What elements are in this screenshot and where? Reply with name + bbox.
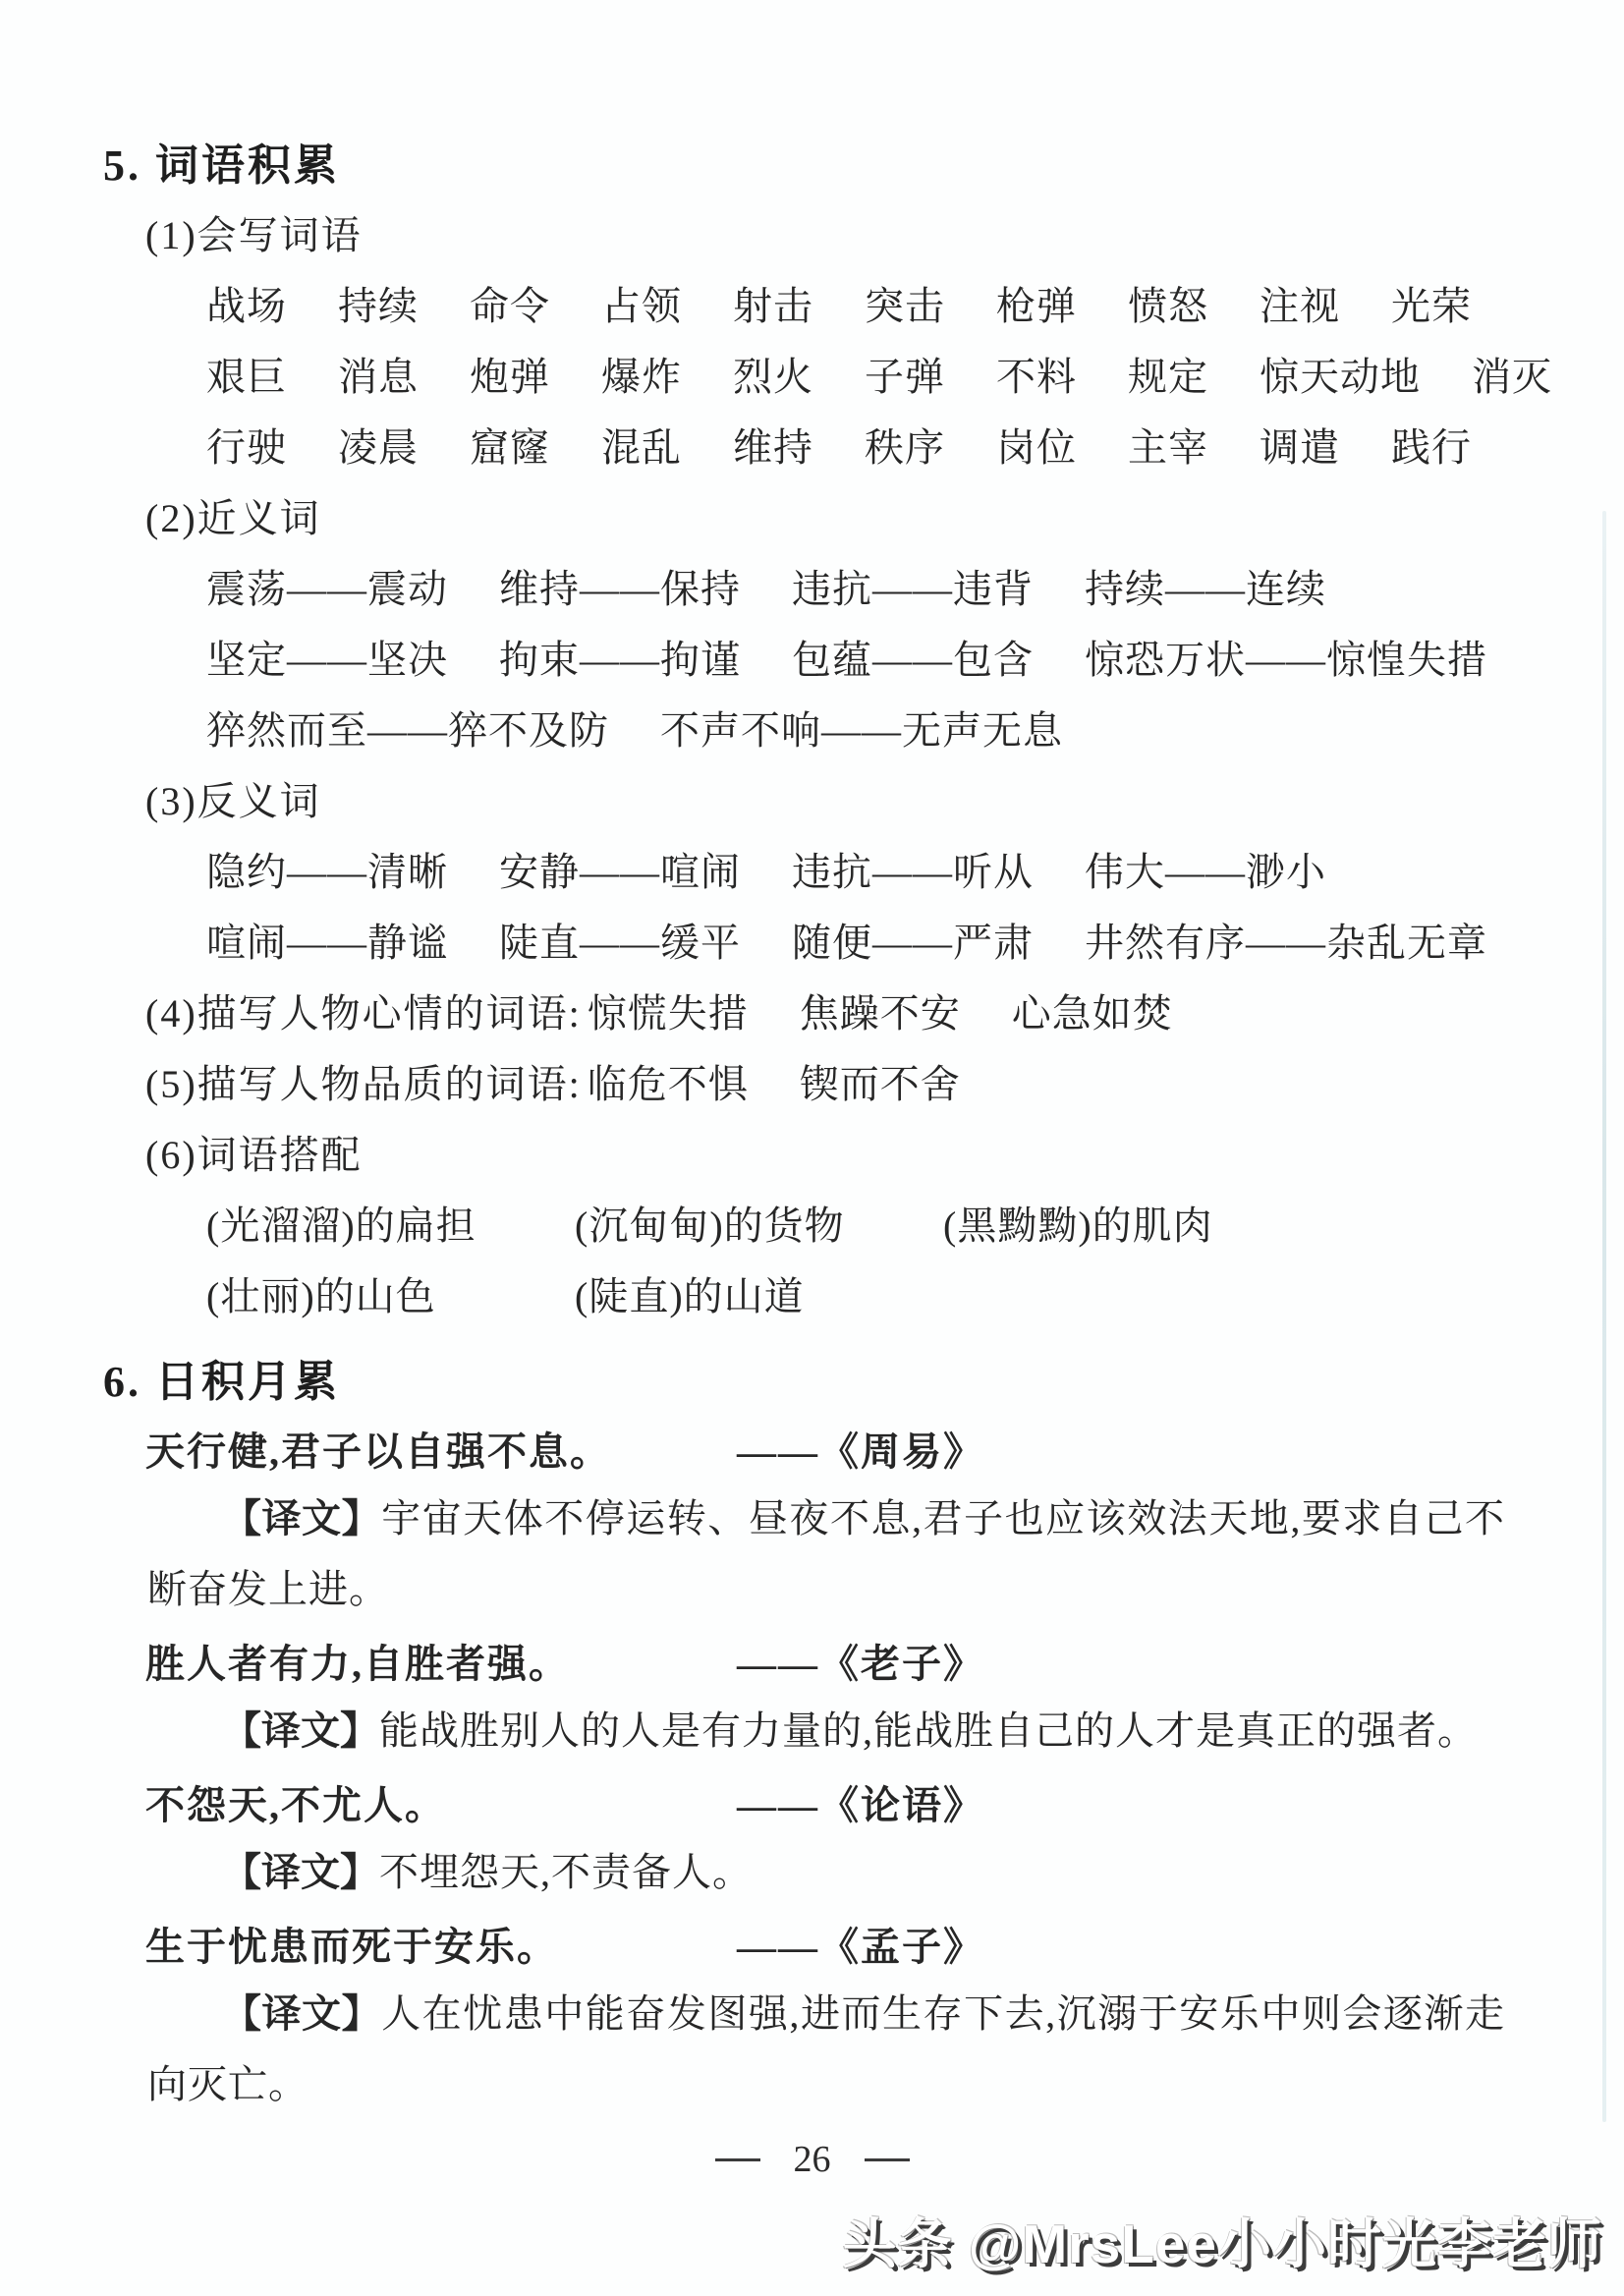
quality-words-label: (5)描写人物品质的词语: [145,1053,582,1109]
subsection-label-collocations: (6)词语搭配 [0,1116,1624,1187]
quality-words-list: 临危不惧 锲而不舍 [588,1053,961,1109]
antonym-row-1: 隐约——清晰 安静——喧闹 违抗——听从 伟大——渺小 [0,833,1624,904]
page-number: 26 [794,2138,831,2181]
quote-source: ——《孟子》 [737,1908,984,1979]
collocation-item: (壮丽)的山色 [206,1265,575,1321]
translation-paragraph-zhouyi: 【译文】宇宙天体不停运转、昼夜不息,君子也应该效法天地,要求自己不断奋发上进。 [147,1484,1505,1625]
collocation-item: (陡直)的山道 [575,1265,805,1321]
quote-text: 天行健,君子以自强不息。 [145,1421,611,1477]
quote-text: 生于忧患而死于安乐。 [145,1916,558,1972]
quote-line-mengzi: 生于忧患而死于安乐。 ——《孟子》 [0,1908,1624,1979]
synonym-row-1: 震荡——震动 维持——保持 违抗——违背 持续——连续 [0,550,1624,621]
word-row-2: 艰巨 消息 炮弹 爆炸 烈火 子弹 不料 规定 惊天动地 消灭 [0,338,1624,409]
antonym-row-2: 喧闹——静谧 陡直——缓平 随便——严肃 井然有序——杂乱无章 [0,904,1624,975]
page-number-dash-left [715,2158,760,2161]
translation-label: 【译文】 [222,1497,381,1540]
watermark: 头条 @MrsLee小小时光李老师 [843,2201,1603,2278]
subsection-label-antonyms: (3)反义词 [0,762,1624,833]
quote-line-laozi: 胜人者有力,自胜者强。 ——《老子》 [0,1625,1624,1696]
translation-label: 【译文】 [222,1709,379,1753]
translation-label: 【译文】 [222,1851,379,1894]
quote-text: 胜人者有力,自胜者强。 [145,1633,570,1689]
translation-paragraph-lunyu: 【译文】不埋怨天,不责备人。 [147,1837,1505,1908]
scanned-textbook-page: { "page": { "number": "26", "watermark":… [0,0,1624,2296]
collocation-item: (沉甸甸)的货物 [575,1195,943,1251]
quote-source: ——《论语》 [737,1766,984,1837]
quote-line-zhouyi: 天行健,君子以自强不息。 ——《周易》 [0,1413,1624,1484]
collocation-item: (黑黝黝)的肌肉 [943,1195,1213,1251]
collocation-row-1: (光溜溜)的扁担 (沉甸甸)的货物 (黑黝黝)的肌肉 [0,1187,1624,1258]
translation-label: 【译文】 [222,1992,381,2036]
page-number-dash-right [865,2158,910,2161]
quote-source: ——《周易》 [737,1413,984,1484]
translation-text: 不埋怨天,不责备人。 [379,1850,753,1894]
mood-words-list: 惊慌失措 焦躁不安 心急如焚 [588,982,1173,1038]
section-6-heading: 6. 日积月累 [0,1342,1624,1413]
translation-text: 能战胜别人的人是有力量的,能战胜自己的人才是真正的强者。 [379,1708,1478,1753]
subsection-label-write-words: (1)会写词语 [0,196,1624,267]
word-row-1: 战场 持续 命令 占领 射击 突击 枪弹 愤怒 注视 光荣 [0,267,1624,338]
translation-paragraph-mengzi: 【译文】人在忧患中能奋发图强,进而生存下去,沉溺于安乐中则会逐渐走向灭亡。 [147,1979,1505,2120]
mood-words-label: (4)描写人物心情的词语: [145,982,582,1038]
quote-source: ——《老子》 [737,1625,984,1696]
page-number-line: 26 [0,2124,1624,2195]
collocation-item: (光溜溜)的扁担 [206,1195,575,1251]
quality-words-line: (5)描写人物品质的词语: 临危不惧 锲而不舍 [0,1045,1624,1116]
quote-line-lunyu: 不怨天,不尤人。 ——《论语》 [0,1766,1624,1837]
synonym-row-3: 猝然而至——猝不及防 不声不响——无声无息 [0,692,1624,762]
collocation-row-2: (壮丽)的山色 (陡直)的山道 [0,1258,1624,1328]
word-row-3: 行驶 凌晨 窟窿 混乱 维持 秩序 岗位 主宰 调遣 践行 [0,409,1624,479]
quote-text: 不怨天,不尤人。 [145,1774,446,1830]
subsection-label-synonyms: (2)近义词 [0,479,1624,550]
translation-paragraph-laozi: 【译文】能战胜别人的人是有力量的,能战胜自己的人才是真正的强者。 [147,1696,1505,1766]
section-5-heading: 5. 词语积累 [0,126,1624,196]
page-content: 5. 词语积累 (1)会写词语 战场 持续 命令 占领 射击 突击 枪弹 愤怒 … [0,126,1624,2195]
mood-words-line: (4)描写人物心情的词语: 惊慌失措 焦躁不安 心急如焚 [0,975,1624,1045]
synonym-row-2: 坚定——坚决 拘束——拘谨 包蕴——包含 惊恐万状——惊惶失措 [0,621,1624,692]
